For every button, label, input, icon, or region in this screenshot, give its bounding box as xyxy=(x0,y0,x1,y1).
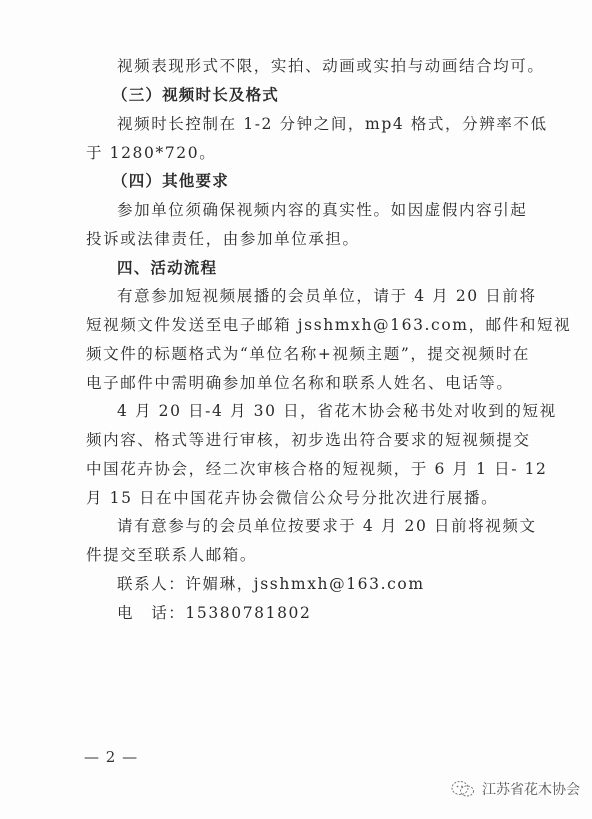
paragraph-line: 电子邮件中需明确参加单位名称和联系人姓名、电话等。 xyxy=(86,372,514,394)
paragraph-line: 4 月 20 日-4 月 30 日，省花木协会秘书处对收到的短视 xyxy=(117,400,557,422)
paragraph-line: 请有意参与的会员单位按要求于 4 月 20 日前将视频文 xyxy=(117,515,537,537)
paragraph-line: 投诉或法律责任，由参加单位承担。 xyxy=(86,228,360,250)
paragraph-line: 中国花卉协会，经二次审核合格的短视频，于 6 月 1 日- 12 xyxy=(86,458,548,480)
section-heading: 四、活动流程 xyxy=(117,257,217,279)
wechat-icon xyxy=(450,780,476,798)
paragraph-line: 视频时长控制在 1-2 分钟之间，mp4 格式，分辨率不低 xyxy=(117,113,548,135)
paragraph-line: 视频表现形式不限，实拍、动画或实拍与动画结合均可。 xyxy=(117,55,545,77)
section-heading: （三）视频时长及格式 xyxy=(112,84,279,106)
paragraph-line: 联系人：许媚琳，jsshmxh@163.com xyxy=(117,573,425,595)
paragraph-line: 短视频文件发送至电子邮箱 jsshmxh@163.com，邮件和短视 xyxy=(86,314,571,336)
paragraph-line: 有意参加短视频展播的会员单位，请于 4 月 20 日前将 xyxy=(117,285,537,307)
wechat-watermark: 江苏省花木协会 xyxy=(450,779,580,799)
paragraph-line: 月 15 日在中国花卉协会微信公众号分批次进行展播。 xyxy=(86,487,498,509)
paragraph-line: 电 话：15380781802 xyxy=(117,602,311,624)
paragraph-line: 件提交至联系人邮箱。 xyxy=(86,544,257,566)
page-number: — 2 — xyxy=(84,748,138,766)
paragraph-line: 频文件的标题格式为“单位名称+视频主题”，提交视频时在 xyxy=(86,343,530,365)
watermark-label: 江苏省花木协会 xyxy=(482,779,580,799)
paragraph-line: 频内容、格式等进行审核，初步选出符合要求的短视频提交 xyxy=(86,429,531,451)
section-heading: （四）其他要求 xyxy=(112,170,229,192)
paragraph-line: 于 1280*720。 xyxy=(86,142,216,164)
paragraph-line: 参加单位须确保视频内容的真实性。如因虚假内容引起 xyxy=(117,199,527,221)
